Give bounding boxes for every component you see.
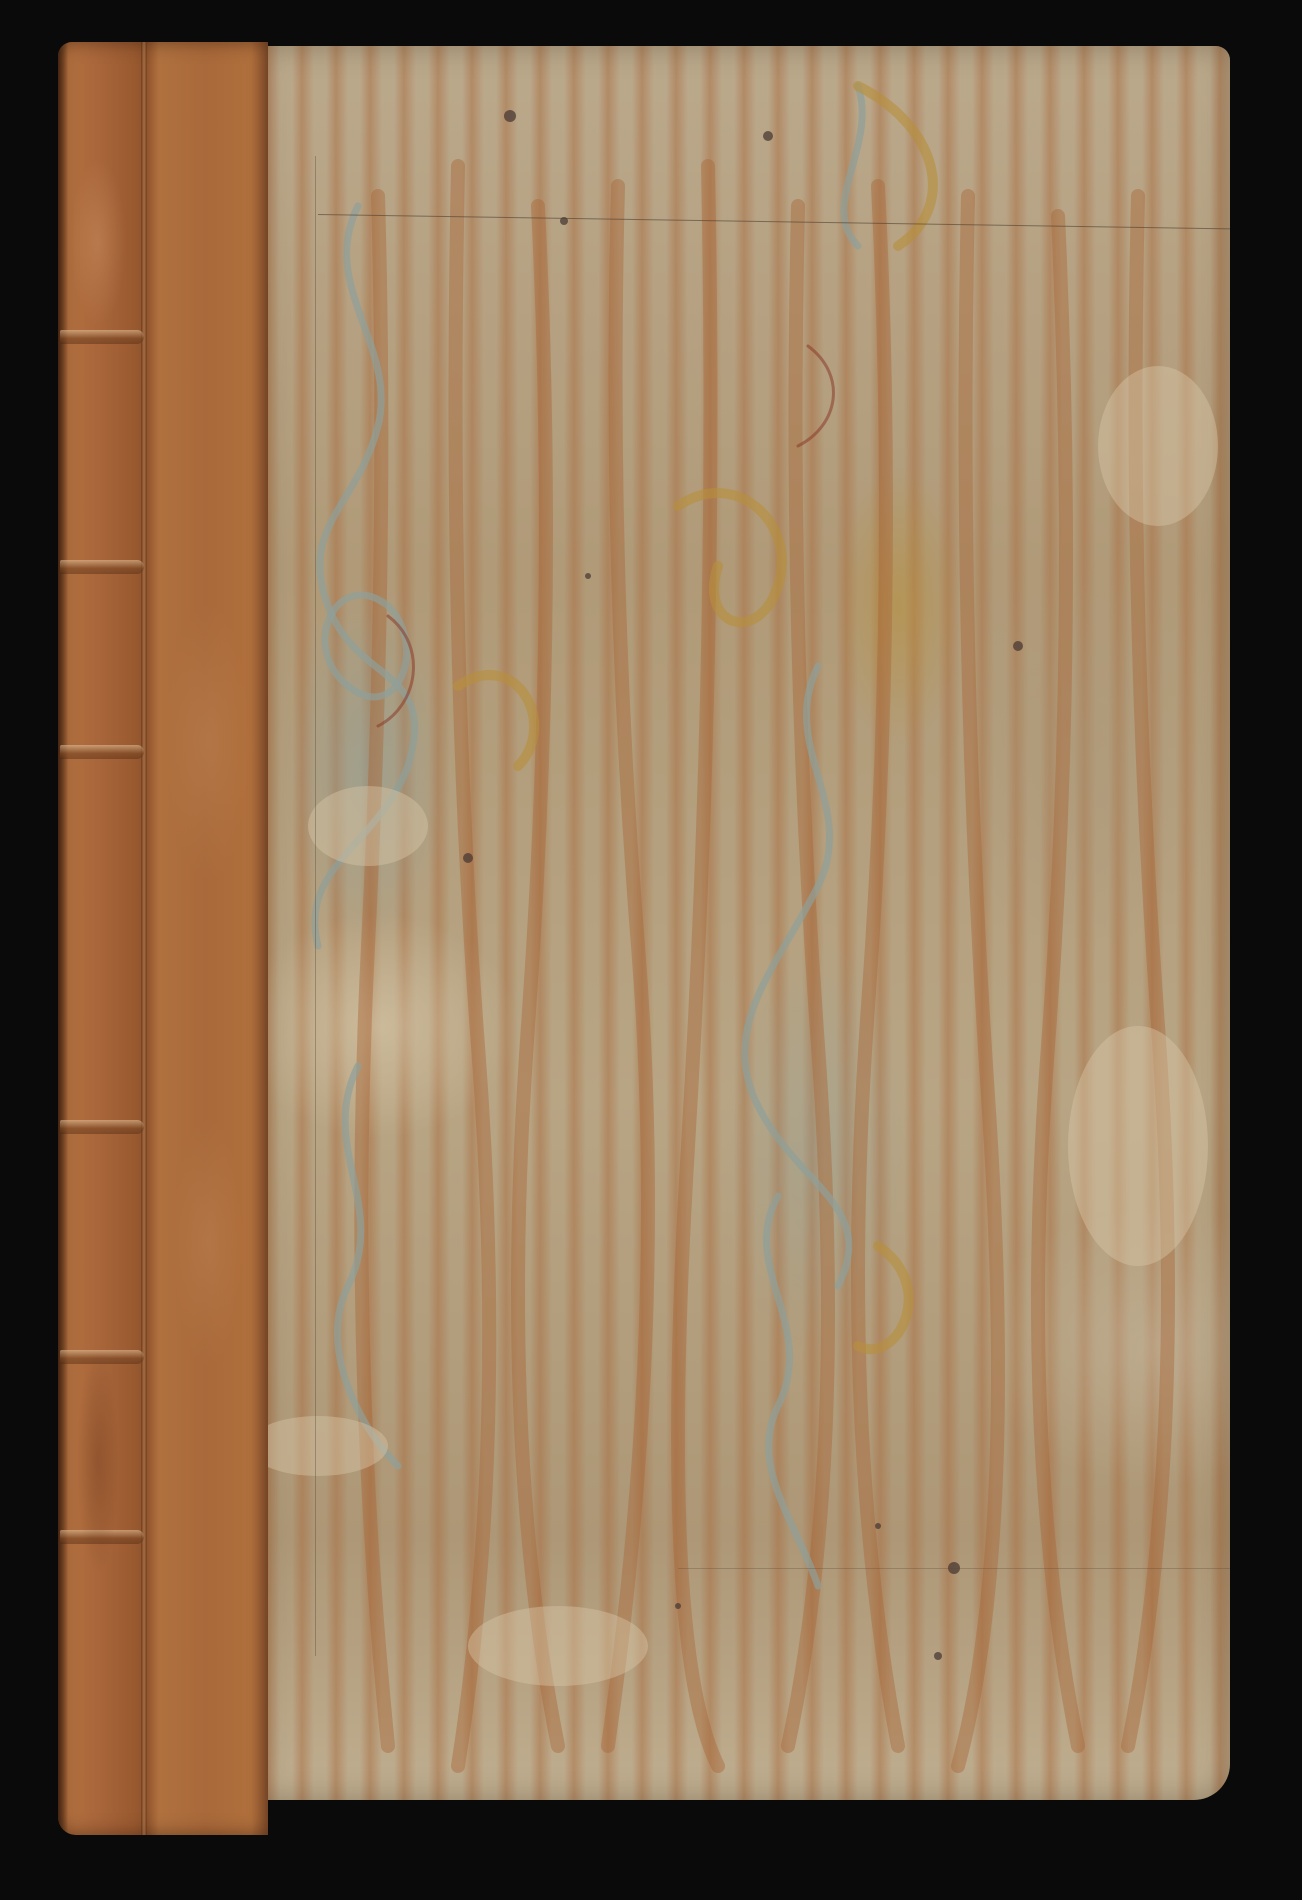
raised-band: [60, 1120, 144, 1134]
raised-band: [60, 745, 144, 759]
raised-band: [60, 560, 144, 574]
leather-spine: [58, 42, 268, 1835]
raised-band: [60, 330, 144, 344]
marbling-pattern: [258, 46, 1230, 1800]
raised-band: [60, 1350, 144, 1364]
paste-down-seam-left: [315, 156, 316, 1656]
book: [58, 42, 1230, 1835]
spine-rounded-edge: [58, 42, 68, 1835]
marbled-cover-board: [258, 46, 1230, 1800]
spine-hinge-groove: [141, 42, 147, 1835]
paste-down-seam-bottom: [678, 1568, 1230, 1569]
raised-band: [60, 1530, 144, 1544]
